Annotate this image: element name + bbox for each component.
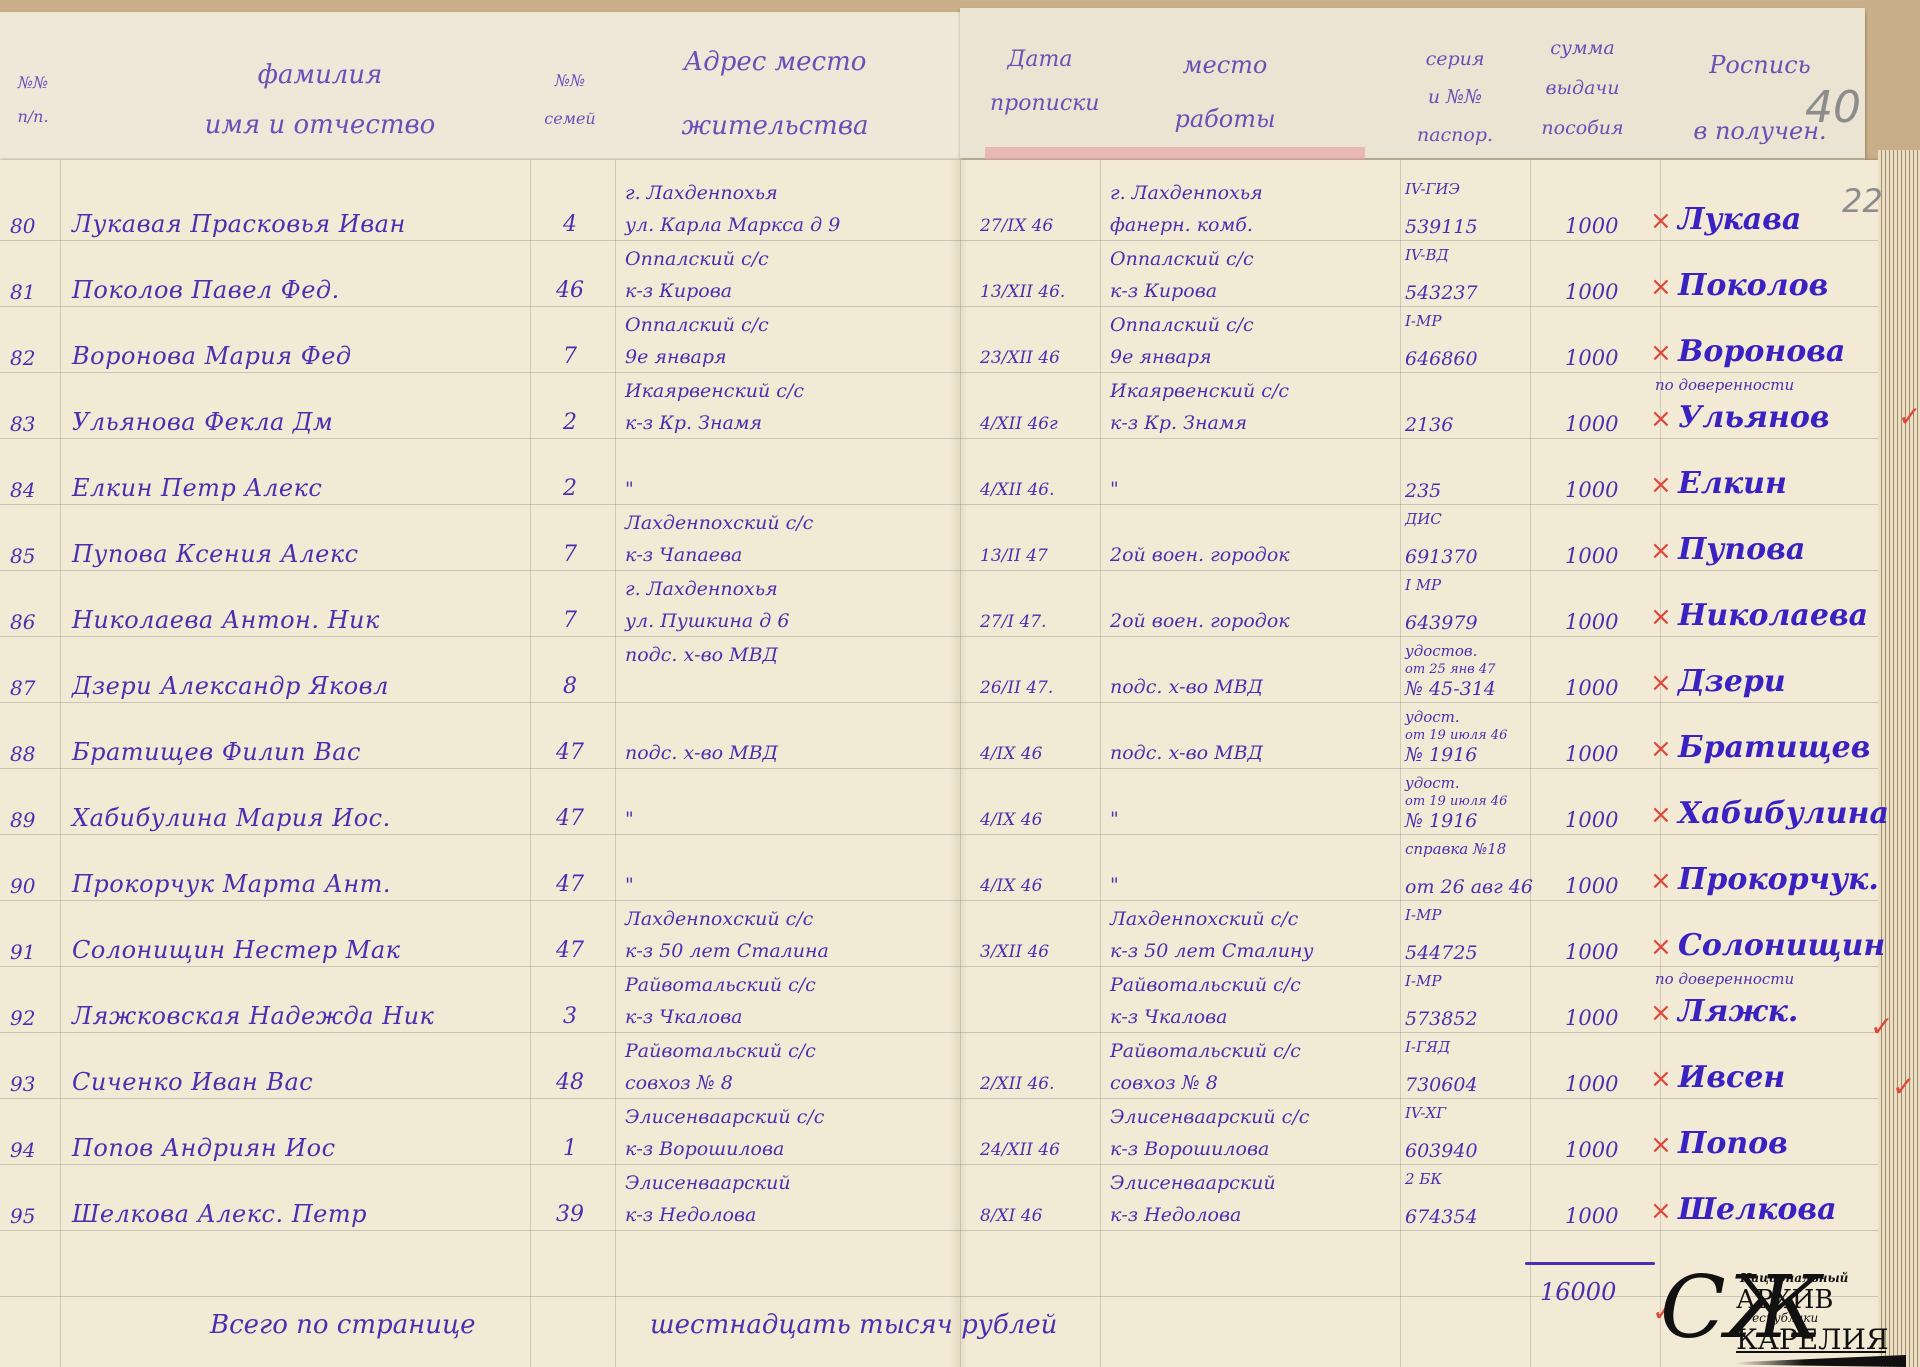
pink-paper-strip bbox=[985, 147, 1365, 161]
red-x-mark-icon: × bbox=[1650, 866, 1672, 896]
passport-series: удостов. bbox=[1405, 642, 1530, 660]
workplace-line-2: " bbox=[1110, 874, 1410, 896]
signature: Ивсен bbox=[1678, 1060, 1878, 1095]
header-col-passport: серия и №№ паспор. bbox=[1400, 40, 1510, 154]
workplace-line-2: к-з Недолова bbox=[1110, 1204, 1410, 1226]
page-stack-edge bbox=[1878, 150, 1920, 1367]
passport-number: 643979 bbox=[1405, 612, 1530, 634]
family-list-number: 47 bbox=[545, 872, 595, 897]
benefit-sum: 1000 bbox=[1565, 874, 1645, 898]
registration-date: 4/IX 46 bbox=[980, 876, 1090, 896]
red-x-mark-icon: × bbox=[1650, 668, 1672, 698]
passport-issue-date: от 19 июля 46 bbox=[1405, 728, 1530, 743]
passport-number: 2136 bbox=[1405, 414, 1530, 436]
watermark-line-national: Национальный bbox=[1740, 1271, 1848, 1285]
workplace-line-2: подс. х-во МВД bbox=[1110, 676, 1410, 698]
signature: Поколов bbox=[1678, 268, 1878, 303]
table-row: 87Дзери Александр Яковл8подс. х-во МВД26… bbox=[0, 650, 1878, 714]
address-line-2: к-з Ворошилова bbox=[625, 1138, 955, 1160]
registration-date: 13/II 47 bbox=[980, 546, 1090, 566]
registration-date: 13/XII 46. bbox=[980, 282, 1090, 302]
person-name: Солонищин Нестер Мак bbox=[72, 936, 532, 964]
row-number: 95 bbox=[10, 1204, 50, 1228]
registration-date: 24/XII 46 bbox=[980, 1140, 1090, 1160]
address-line-1: Лахденпохский с/с bbox=[625, 908, 955, 930]
signature: Воронова bbox=[1678, 334, 1878, 369]
passport-number: № 1916 bbox=[1405, 744, 1530, 766]
header-col-name: фамилия имя и отчество bbox=[110, 50, 530, 150]
passport-series: IV-ВД bbox=[1405, 246, 1530, 264]
workplace-line-2: фанерн. комб. bbox=[1110, 214, 1410, 236]
signature: Ульянов bbox=[1678, 400, 1878, 435]
address-line-2: совхоз № 8 bbox=[625, 1072, 955, 1094]
red-x-mark-icon: × bbox=[1650, 536, 1672, 566]
row-number: 84 bbox=[10, 478, 50, 502]
family-list-number: 47 bbox=[545, 938, 595, 963]
workplace-line-2: к-з 50 лет Сталину bbox=[1110, 940, 1410, 962]
workplace-line-2: подс. х-во МВД bbox=[1110, 742, 1410, 764]
person-name: Хабибулина Мария Иос. bbox=[72, 804, 532, 832]
address-line-1: Икаярвенский с/с bbox=[625, 380, 955, 402]
address-line-2: ул. Карла Маркса д 9 bbox=[625, 214, 955, 236]
address-line-1: Оппалский с/с bbox=[625, 248, 955, 270]
red-x-mark-icon: × bbox=[1650, 338, 1672, 368]
archive-watermark-logo: СЖ Национальный АРХИВ Республики КАРЕЛИЯ bbox=[1660, 1265, 1900, 1367]
red-x-mark-icon: × bbox=[1650, 734, 1672, 764]
red-check-mark: ✓ bbox=[1898, 400, 1920, 433]
passport-series: справка №18 bbox=[1405, 840, 1530, 858]
person-name: Лукавая Прасковья Иван bbox=[72, 210, 532, 238]
family-list-number: 3 bbox=[545, 1004, 595, 1029]
red-x-mark-icon: × bbox=[1650, 470, 1672, 500]
workplace-line-2: к-з Чкалова bbox=[1110, 1006, 1410, 1028]
passport-series: I-МР bbox=[1405, 972, 1530, 990]
passport-series: IV-ГИЭ bbox=[1405, 180, 1530, 198]
registration-date: 23/XII 46 bbox=[980, 348, 1090, 368]
passport-number: 691370 bbox=[1405, 546, 1530, 568]
table-row: 83Ульянова Фекла Дм2Икаярвенский с/ск-з … bbox=[0, 386, 1878, 450]
address-line-1: Элисенваарский с/с bbox=[625, 1106, 955, 1128]
passport-number: 674354 bbox=[1405, 1206, 1530, 1228]
workplace-line-2: к-з Кирова bbox=[1110, 280, 1410, 302]
header-col-address: Адрес место жительства bbox=[630, 30, 920, 158]
passport-issue-date: от 25 янв 47 bbox=[1405, 662, 1530, 677]
page-number-pencil: 40 bbox=[1805, 82, 1861, 133]
workplace-line-1: Элисенваарский с/с bbox=[1110, 1106, 1410, 1128]
benefit-sum: 1000 bbox=[1565, 1072, 1645, 1096]
family-list-number: 8 bbox=[545, 674, 595, 699]
address-line-1: Лахденпохский с/с bbox=[625, 512, 955, 534]
red-x-mark-icon: × bbox=[1650, 998, 1672, 1028]
family-list-number: 47 bbox=[545, 740, 595, 765]
benefit-sum: 1000 bbox=[1565, 412, 1645, 436]
red-x-mark-icon: × bbox=[1650, 1064, 1672, 1094]
address-line-1: г. Лахденпохья bbox=[625, 578, 955, 600]
signature: Братищев bbox=[1678, 730, 1878, 765]
registration-date: 2/XII 46. bbox=[980, 1074, 1090, 1094]
signature: Солонищин bbox=[1678, 928, 1878, 963]
registration-date: 27/I 47. bbox=[980, 612, 1090, 632]
person-name: Ульянова Фекла Дм bbox=[72, 408, 532, 436]
table-row: 82Воронова Мария Фед7Оппалский с/с9е янв… bbox=[0, 320, 1878, 384]
passport-number: № 45-314 bbox=[1405, 678, 1530, 700]
passport-series: удост. bbox=[1405, 708, 1530, 726]
person-name: Дзери Александр Яковл bbox=[72, 672, 532, 700]
person-name: Елкин Петр Алекс bbox=[72, 474, 532, 502]
benefit-sum: 1000 bbox=[1565, 676, 1645, 700]
header-col-date: Дата прописки bbox=[990, 38, 1090, 126]
passport-series: I-МР bbox=[1405, 906, 1530, 924]
workplace-line-2: " bbox=[1110, 478, 1410, 500]
passport-number: 543237 bbox=[1405, 282, 1530, 304]
red-x-mark-icon: × bbox=[1650, 932, 1672, 962]
red-x-mark-icon: × bbox=[1650, 272, 1672, 302]
workplace-line-1: Райвотальский с/с bbox=[1110, 1040, 1410, 1062]
row-number: 83 bbox=[10, 412, 50, 436]
registration-date: 4/XII 46. bbox=[980, 480, 1090, 500]
address-line-2: к-з Чапаева bbox=[625, 544, 955, 566]
red-check-mark: ✓ bbox=[1870, 1010, 1893, 1043]
benefit-sum: 1000 bbox=[1565, 1204, 1645, 1228]
passport-series: I МР bbox=[1405, 576, 1530, 594]
row-number: 87 bbox=[10, 676, 50, 700]
signature-note: по доверенности bbox=[1655, 376, 1794, 394]
family-list-number: 7 bbox=[545, 344, 595, 369]
benefit-sum: 1000 bbox=[1565, 544, 1645, 568]
workplace-line-2: " bbox=[1110, 808, 1410, 830]
family-list-number: 2 bbox=[545, 410, 595, 435]
benefit-sum: 1000 bbox=[1565, 280, 1645, 304]
row-number: 86 bbox=[10, 610, 50, 634]
row-number: 91 bbox=[10, 940, 50, 964]
address-line-1: Элисенваарский bbox=[625, 1172, 955, 1194]
passport-series: I-МР bbox=[1405, 312, 1530, 330]
signature: Дзери bbox=[1678, 664, 1878, 699]
table-row: 88Братищев Филип Вас47подс. х-во МВД4/IX… bbox=[0, 716, 1878, 780]
workplace-line-2: к-з Кр. Знамя bbox=[1110, 412, 1410, 434]
workplace-line-2: 2ой воен. городок bbox=[1110, 544, 1410, 566]
red-x-mark-icon: × bbox=[1650, 404, 1672, 434]
total-sum: 16000 bbox=[1540, 1278, 1616, 1306]
workplace-line-2: к-з Ворошилова bbox=[1110, 1138, 1410, 1160]
person-name: Сиченко Иван Вас bbox=[72, 1068, 532, 1096]
passport-number: 235 bbox=[1405, 480, 1530, 502]
address-line-2: " bbox=[625, 478, 955, 500]
signature: Лукава bbox=[1678, 202, 1878, 237]
passport-series: IV-ХГ bbox=[1405, 1104, 1530, 1122]
passport-series: 2 БК bbox=[1405, 1170, 1530, 1188]
benefit-sum: 1000 bbox=[1565, 1138, 1645, 1162]
table-row: 80Лукавая Прасковья Иван4г. Лахденпохьяу… bbox=[0, 188, 1878, 252]
passport-series: I-ГЯД bbox=[1405, 1038, 1530, 1056]
table-row: 92Ляжковская Надежда Ник3Райвотальский с… bbox=[0, 980, 1878, 1044]
benefit-sum: 1000 bbox=[1565, 478, 1645, 502]
address-line-2: 9е января bbox=[625, 346, 955, 368]
watermark-rule bbox=[1736, 1351, 1886, 1353]
table-row: 93Сиченко Иван Вас48Райвотальский с/ссов… bbox=[0, 1046, 1878, 1110]
workplace-line-2: 2ой воен. городок bbox=[1110, 610, 1410, 632]
address-line-1: Оппалский с/с bbox=[625, 314, 955, 336]
registration-date: 3/XII 46 bbox=[980, 942, 1090, 962]
signature: Прокорчук. bbox=[1678, 862, 1878, 897]
benefit-sum: 1000 bbox=[1565, 808, 1645, 832]
signature-note: по доверенности bbox=[1655, 970, 1794, 988]
workplace-line-1: Оппалский с/с bbox=[1110, 314, 1410, 336]
signature: Шелкова bbox=[1678, 1192, 1878, 1227]
address-line-2: к-з Чкалова bbox=[625, 1006, 955, 1028]
table-row: 84Елкин Петр Алекс2"4/XII 46."2351000Елк… bbox=[0, 452, 1878, 516]
family-list-number: 4 bbox=[545, 212, 595, 237]
header-col-family: №№ семей bbox=[530, 62, 610, 138]
signature: Хабибулина bbox=[1678, 796, 1878, 831]
red-x-mark-icon: × bbox=[1650, 1130, 1672, 1160]
person-name: Ляжковская Надежда Ник bbox=[72, 1002, 532, 1030]
red-x-mark-icon: × bbox=[1650, 206, 1672, 236]
workplace-line-2: совхоз № 8 bbox=[1110, 1072, 1410, 1094]
address-line-1: подс. х-во МВД bbox=[625, 644, 955, 666]
total-underline bbox=[1525, 1262, 1655, 1265]
row-number: 92 bbox=[10, 1006, 50, 1030]
person-name: Братищев Филип Вас bbox=[72, 738, 532, 766]
passport-series: ДИС bbox=[1405, 510, 1530, 528]
address-line-2: к-з 50 лет Сталина bbox=[625, 940, 955, 962]
table-row: 95Шелкова Алекс. Петр39Элисенваарскийк-з… bbox=[0, 1178, 1878, 1242]
registration-date: 4/IX 46 bbox=[980, 810, 1090, 830]
benefit-sum: 1000 bbox=[1565, 1006, 1645, 1030]
total-in-words: шестнадцать тысяч рублей bbox=[650, 1310, 1057, 1340]
family-list-number: 39 bbox=[545, 1202, 595, 1227]
workplace-line-2: 9е января bbox=[1110, 346, 1410, 368]
red-x-mark-icon: × bbox=[1650, 1196, 1672, 1226]
family-list-number: 7 bbox=[545, 542, 595, 567]
address-line-1: Райвотальский с/с bbox=[625, 974, 955, 996]
address-line-2: " bbox=[625, 808, 955, 830]
table-row: 94Попов Андриян Иос1Элисенваарский с/ск-… bbox=[0, 1112, 1878, 1176]
red-x-mark-icon: × bbox=[1650, 800, 1672, 830]
table-row: 91Солонищин Нестер Мак47Лахденпохский с/… bbox=[0, 914, 1878, 978]
person-name: Попов Андриян Иос bbox=[72, 1134, 532, 1162]
red-check-mark: ✓ bbox=[1892, 1070, 1915, 1103]
row-number: 94 bbox=[10, 1138, 50, 1162]
table-row: 90Прокорчук Марта Ант.47"4/IX 46"справка… bbox=[0, 848, 1878, 912]
header-col-sum: сумма выдачи пособия bbox=[1520, 28, 1645, 148]
workplace-line-1: г. Лахденпохья bbox=[1110, 182, 1410, 204]
family-list-number: 7 bbox=[545, 608, 595, 633]
person-name: Воронова Мария Фед bbox=[72, 342, 532, 370]
benefit-sum: 1000 bbox=[1565, 346, 1645, 370]
registration-date: 4/XII 46г bbox=[980, 414, 1090, 434]
passport-number: 544725 bbox=[1405, 942, 1530, 964]
family-list-number: 47 bbox=[545, 806, 595, 831]
address-line-2: подс. х-во МВД bbox=[625, 742, 955, 764]
address-line-2: " bbox=[625, 874, 955, 896]
header-col-work: место работы bbox=[1150, 38, 1300, 146]
table-row: 85Пупова Ксения Алекс7Лахденпохский с/ск… bbox=[0, 518, 1878, 582]
signature: Ляжк. bbox=[1678, 994, 1878, 1029]
workplace-line-1: Райвотальский с/с bbox=[1110, 974, 1410, 996]
header-col-num: №№ п/п. bbox=[8, 66, 58, 134]
passport-series: удост. bbox=[1405, 774, 1530, 792]
table-row: 86Николаева Антон. Ник7г. Лахденпохьяул.… bbox=[0, 584, 1878, 648]
family-list-number: 2 bbox=[545, 476, 595, 501]
row-number: 89 bbox=[10, 808, 50, 832]
address-line-2: к-з Кирова bbox=[625, 280, 955, 302]
workplace-line-1: Лахденпохский с/с bbox=[1110, 908, 1410, 930]
person-name: Поколов Павел Фед. bbox=[72, 276, 532, 304]
row-number: 85 bbox=[10, 544, 50, 568]
registration-date: 8/XI 46 bbox=[980, 1206, 1090, 1226]
benefit-sum: 1000 bbox=[1565, 214, 1645, 238]
row-number: 93 bbox=[10, 1072, 50, 1096]
passport-issue-date: от 19 июля 46 bbox=[1405, 794, 1530, 809]
passport-number: от 26 авг 46 bbox=[1405, 876, 1530, 898]
row-number: 82 bbox=[10, 346, 50, 370]
row-number: 81 bbox=[10, 280, 50, 304]
signature: Елкин bbox=[1678, 466, 1878, 501]
family-list-number: 46 bbox=[545, 278, 595, 303]
family-list-number: 1 bbox=[545, 1136, 595, 1161]
table-row: 81Поколов Павел Фед.46Оппалский с/ск-з К… bbox=[0, 254, 1878, 318]
person-name: Николаева Антон. Ник bbox=[72, 606, 532, 634]
registration-date: 26/II 47. bbox=[980, 678, 1090, 698]
person-name: Прокорчук Марта Ант. bbox=[72, 870, 532, 898]
benefit-sum: 1000 bbox=[1565, 940, 1645, 964]
passport-number: 603940 bbox=[1405, 1140, 1530, 1162]
passport-number: № 1916 bbox=[1405, 810, 1530, 832]
registration-date: 27/IX 46 bbox=[980, 216, 1090, 236]
registration-date: 4/IX 46 bbox=[980, 744, 1090, 764]
workplace-line-1: Элисенваарский bbox=[1110, 1172, 1410, 1194]
table-row: 89Хабибулина Мария Иос.47"4/IX 46"удост.… bbox=[0, 782, 1878, 846]
row-number: 88 bbox=[10, 742, 50, 766]
address-line-1: Райвотальский с/с bbox=[625, 1040, 955, 1062]
passport-number: 646860 bbox=[1405, 348, 1530, 370]
person-name: Шелкова Алекс. Петр bbox=[72, 1200, 532, 1228]
workplace-line-1: Оппалский с/с bbox=[1110, 248, 1410, 270]
address-line-2: ул. Пушкина д 6 bbox=[625, 610, 955, 632]
workplace-line-1: Икаярвенский с/с bbox=[1110, 380, 1410, 402]
red-x-mark-icon: × bbox=[1650, 602, 1672, 632]
address-line-2: к-з Недолова bbox=[625, 1204, 955, 1226]
address-line-1: г. Лахденпохья bbox=[625, 182, 955, 204]
passport-number: 539115 bbox=[1405, 216, 1530, 238]
total-label: Всего по странице bbox=[210, 1310, 476, 1340]
benefit-sum: 1000 bbox=[1565, 610, 1645, 634]
passport-number: 573852 bbox=[1405, 1008, 1530, 1030]
passport-number: 730604 bbox=[1405, 1074, 1530, 1096]
signature: Пупова bbox=[1678, 532, 1878, 567]
address-line-2: к-з Кр. Знамя bbox=[625, 412, 955, 434]
person-name: Пупова Ксения Алекс bbox=[72, 540, 532, 568]
row-number: 90 bbox=[10, 874, 50, 898]
row-number: 80 bbox=[10, 214, 50, 238]
signature: Попов bbox=[1678, 1126, 1878, 1161]
benefit-sum: 1000 bbox=[1565, 742, 1645, 766]
signature: Николаева bbox=[1678, 598, 1878, 633]
family-list-number: 48 bbox=[545, 1070, 595, 1095]
